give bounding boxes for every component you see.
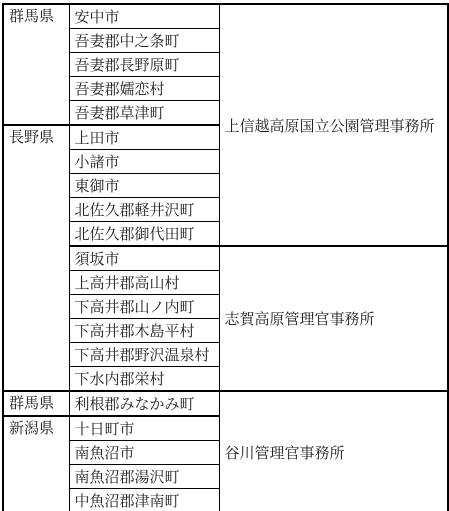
municipality-cell: 南魚沼市 xyxy=(69,441,219,465)
prefecture-cell: 群馬県 xyxy=(3,4,69,125)
municipality-cell: 利根郡みなかみ町 xyxy=(69,391,219,416)
municipality-cell: 吾妻郡中之条町 xyxy=(69,29,219,53)
office-cell: 谷川管理官事務所 xyxy=(219,391,448,511)
municipality-cell: 中魚沼郡津南町 xyxy=(69,489,219,511)
municipality-cell: 吾妻郡長野原町 xyxy=(69,53,219,77)
municipality-cell: 須坂市 xyxy=(69,246,219,271)
table-row: 群馬県利根郡みなかみ町谷川管理官事務所 xyxy=(3,391,448,416)
municipality-cell: 上高井郡高山村 xyxy=(69,271,219,295)
table-row: 須坂市志賀高原管理官事務所 xyxy=(3,246,448,271)
municipality-cell: 南魚沼郡湯沢町 xyxy=(69,465,219,489)
municipality-cell: 吾妻郡草津町 xyxy=(69,101,219,126)
prefecture-cell: 新潟県 xyxy=(3,416,69,511)
park-offices-table: 群馬県安中市上信越高原国立公園管理事務所吾妻郡中之条町吾妻郡長野原町吾妻郡嬬恋村… xyxy=(2,3,449,511)
municipality-cell: 吾妻郡嬬恋村 xyxy=(69,77,219,101)
municipality-cell: 下高井郡木島平村 xyxy=(69,319,219,343)
office-cell: 上信越高原国立公園管理事務所 xyxy=(219,4,448,246)
prefecture-cell: 群馬県 xyxy=(3,391,69,416)
municipality-cell: 東御市 xyxy=(69,174,219,198)
prefecture-cell: 長野県 xyxy=(3,125,69,391)
page-canvas: 群馬県安中市上信越高原国立公園管理事務所吾妻郡中之条町吾妻郡長野原町吾妻郡嬬恋村… xyxy=(0,0,449,511)
municipality-cell: 下高井郡野沢温泉村 xyxy=(69,343,219,367)
municipality-cell: 下水内郡栄村 xyxy=(69,367,219,392)
municipality-cell: 上田市 xyxy=(69,125,219,150)
table-body: 群馬県安中市上信越高原国立公園管理事務所吾妻郡中之条町吾妻郡長野原町吾妻郡嬬恋村… xyxy=(3,4,448,511)
office-cell: 志賀高原管理官事務所 xyxy=(219,246,448,391)
municipality-cell: 小諸市 xyxy=(69,150,219,174)
table-row: 群馬県安中市上信越高原国立公園管理事務所 xyxy=(3,4,448,29)
municipality-cell: 北佐久郡御代田町 xyxy=(69,222,219,247)
municipality-cell: 北佐久郡軽井沢町 xyxy=(69,198,219,222)
municipality-cell: 下高井郡山ノ内町 xyxy=(69,295,219,319)
municipality-cell: 安中市 xyxy=(69,4,219,29)
municipality-cell: 十日町市 xyxy=(69,416,219,441)
